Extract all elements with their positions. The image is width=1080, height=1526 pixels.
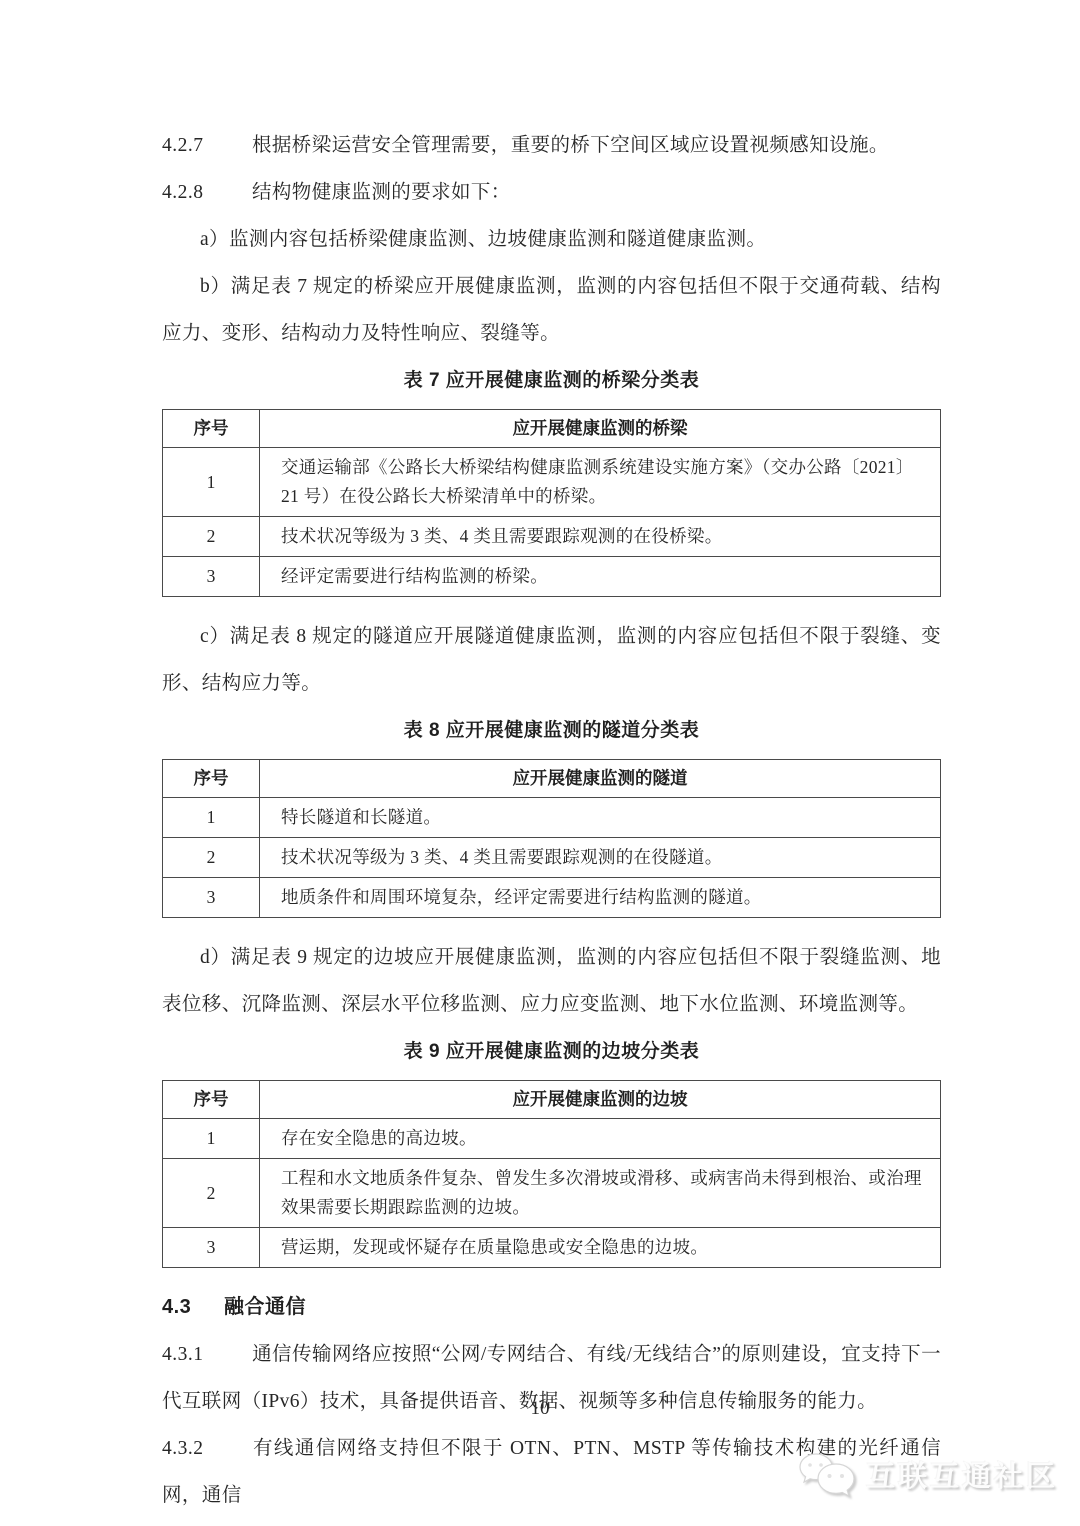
table7-col-num: 序号 <box>163 410 260 448</box>
table7-bridges: 序号 应开展健康监测的桥梁 1 交通运输部《公路长大桥梁结构健康监测系统建设实施… <box>162 409 941 597</box>
clause-number: 4.3.1 <box>162 1331 224 1378</box>
list-item-b: b）满足表 7 规定的桥梁应开展健康监测，监测的内容包括但不限于交通荷载、结构应… <box>162 263 941 357</box>
watermark: 互联互通社区 <box>798 1450 1058 1498</box>
table9-col-num: 序号 <box>163 1081 260 1119</box>
table8-col-num: 序号 <box>163 760 260 798</box>
wechat-icon <box>798 1450 856 1498</box>
table8-col-desc: 应开展健康监测的隧道 <box>260 760 941 798</box>
clause-number: 4.2.8 <box>162 169 224 216</box>
table8-tunnels: 序号 应开展健康监测的隧道 1 特长隧道和长隧道。 2 技术状况等级为 3 类、… <box>162 759 941 918</box>
clause-number: 4.3.2 <box>162 1425 224 1472</box>
row-text: 工程和水文地质条件复杂、曾发生多次滑坡或滑移、或病害尚未得到根治、或治理效果需要… <box>260 1159 941 1228</box>
row-number: 1 <box>163 798 260 838</box>
table-row: 1 交通运输部《公路长大桥梁结构健康监测系统建设实施方案》（交办公路〔2021〕… <box>163 448 941 517</box>
row-number: 1 <box>163 1119 260 1159</box>
row-text: 营运期，发现或怀疑存在质量隐患或安全隐患的边坡。 <box>260 1228 941 1268</box>
row-text: 技术状况等级为 3 类、4 类且需要跟踪观测的在役桥梁。 <box>260 517 941 557</box>
list-item-a: a）监测内容包括桥梁健康监测、边坡健康监测和隧道健康监测。 <box>162 216 941 263</box>
row-number: 3 <box>163 1228 260 1268</box>
table9-col-desc: 应开展健康监测的边坡 <box>260 1081 941 1119</box>
document-content: 4.2.7根据桥梁运营安全管理需要，重要的桥下空间区域应设置视频感知设施。 4.… <box>162 122 941 1519</box>
table-row: 3 经评定需要进行结构监测的桥梁。 <box>163 557 941 597</box>
row-number: 1 <box>163 448 260 517</box>
list-item-d: d）满足表 9 规定的边坡应开展健康监测，监测的内容应包括但不限于裂缝监测、地表… <box>162 934 941 1028</box>
table7-col-desc: 应开展健康监测的桥梁 <box>260 410 941 448</box>
paragraph-4-2-8: 4.2.8结构物健康监测的要求如下： <box>162 169 941 216</box>
row-text: 技术状况等级为 3 类、4 类且需要跟踪观测的在役隧道。 <box>260 838 941 878</box>
row-number: 2 <box>163 517 260 557</box>
row-number: 2 <box>163 1159 260 1228</box>
row-text: 存在安全隐患的高边坡。 <box>260 1119 941 1159</box>
row-number: 3 <box>163 878 260 918</box>
row-text: 交通运输部《公路长大桥梁结构健康监测系统建设实施方案》（交办公路〔2021〕21… <box>260 448 941 517</box>
table-row: 3 地质条件和周围环境复杂，经评定需要进行结构监测的隧道。 <box>163 878 941 918</box>
clause-number: 4.2.7 <box>162 122 224 169</box>
paragraph-4-2-7: 4.2.7根据桥梁运营安全管理需要，重要的桥下空间区域应设置视频感知设施。 <box>162 122 941 169</box>
table-row: 3 营运期，发现或怀疑存在质量隐患或安全隐患的边坡。 <box>163 1228 941 1268</box>
table8-caption: 表 8 应开展健康监测的隧道分类表 <box>162 711 941 751</box>
table-header-row: 序号 应开展健康监测的边坡 <box>163 1081 941 1119</box>
table-header-row: 序号 应开展健康监测的桥梁 <box>163 410 941 448</box>
section-number: 4.3 <box>162 1284 202 1331</box>
table9-caption: 表 9 应开展健康监测的边坡分类表 <box>162 1032 941 1072</box>
clause-text: 根据桥梁运营安全管理需要，重要的桥下空间区域应设置视频感知设施。 <box>252 135 889 156</box>
section-heading-4-3: 4.3融合通信 <box>162 1284 941 1331</box>
document-page: 4.2.7根据桥梁运营安全管理需要，重要的桥下空间区域应设置视频感知设施。 4.… <box>0 0 1080 1526</box>
table7-caption: 表 7 应开展健康监测的桥梁分类表 <box>162 361 941 401</box>
row-number: 2 <box>163 838 260 878</box>
table-row: 2 技术状况等级为 3 类、4 类且需要跟踪观测的在役桥梁。 <box>163 517 941 557</box>
table-row: 1 特长隧道和长隧道。 <box>163 798 941 838</box>
table-row: 1 存在安全隐患的高边坡。 <box>163 1119 941 1159</box>
clause-text: 结构物健康监测的要求如下： <box>252 182 511 203</box>
row-text: 经评定需要进行结构监测的桥梁。 <box>260 557 941 597</box>
table9-slopes: 序号 应开展健康监测的边坡 1 存在安全隐患的高边坡。 2 工程和水文地质条件复… <box>162 1080 941 1268</box>
page-number: 10 <box>0 1398 1080 1420</box>
row-text: 特长隧道和长隧道。 <box>260 798 941 838</box>
table-row: 2 技术状况等级为 3 类、4 类且需要跟踪观测的在役隧道。 <box>163 838 941 878</box>
watermark-text: 互联互通社区 <box>866 1454 1058 1495</box>
list-item-c: c）满足表 8 规定的隧道应开展隧道健康监测，监测的内容应包括但不限于裂缝、变形… <box>162 613 941 707</box>
table-row: 2 工程和水文地质条件复杂、曾发生多次滑坡或滑移、或病害尚未得到根治、或治理效果… <box>163 1159 941 1228</box>
table-header-row: 序号 应开展健康监测的隧道 <box>163 760 941 798</box>
row-text: 地质条件和周围环境复杂，经评定需要进行结构监测的隧道。 <box>260 878 941 918</box>
row-number: 3 <box>163 557 260 597</box>
section-title: 融合通信 <box>224 1296 306 1318</box>
